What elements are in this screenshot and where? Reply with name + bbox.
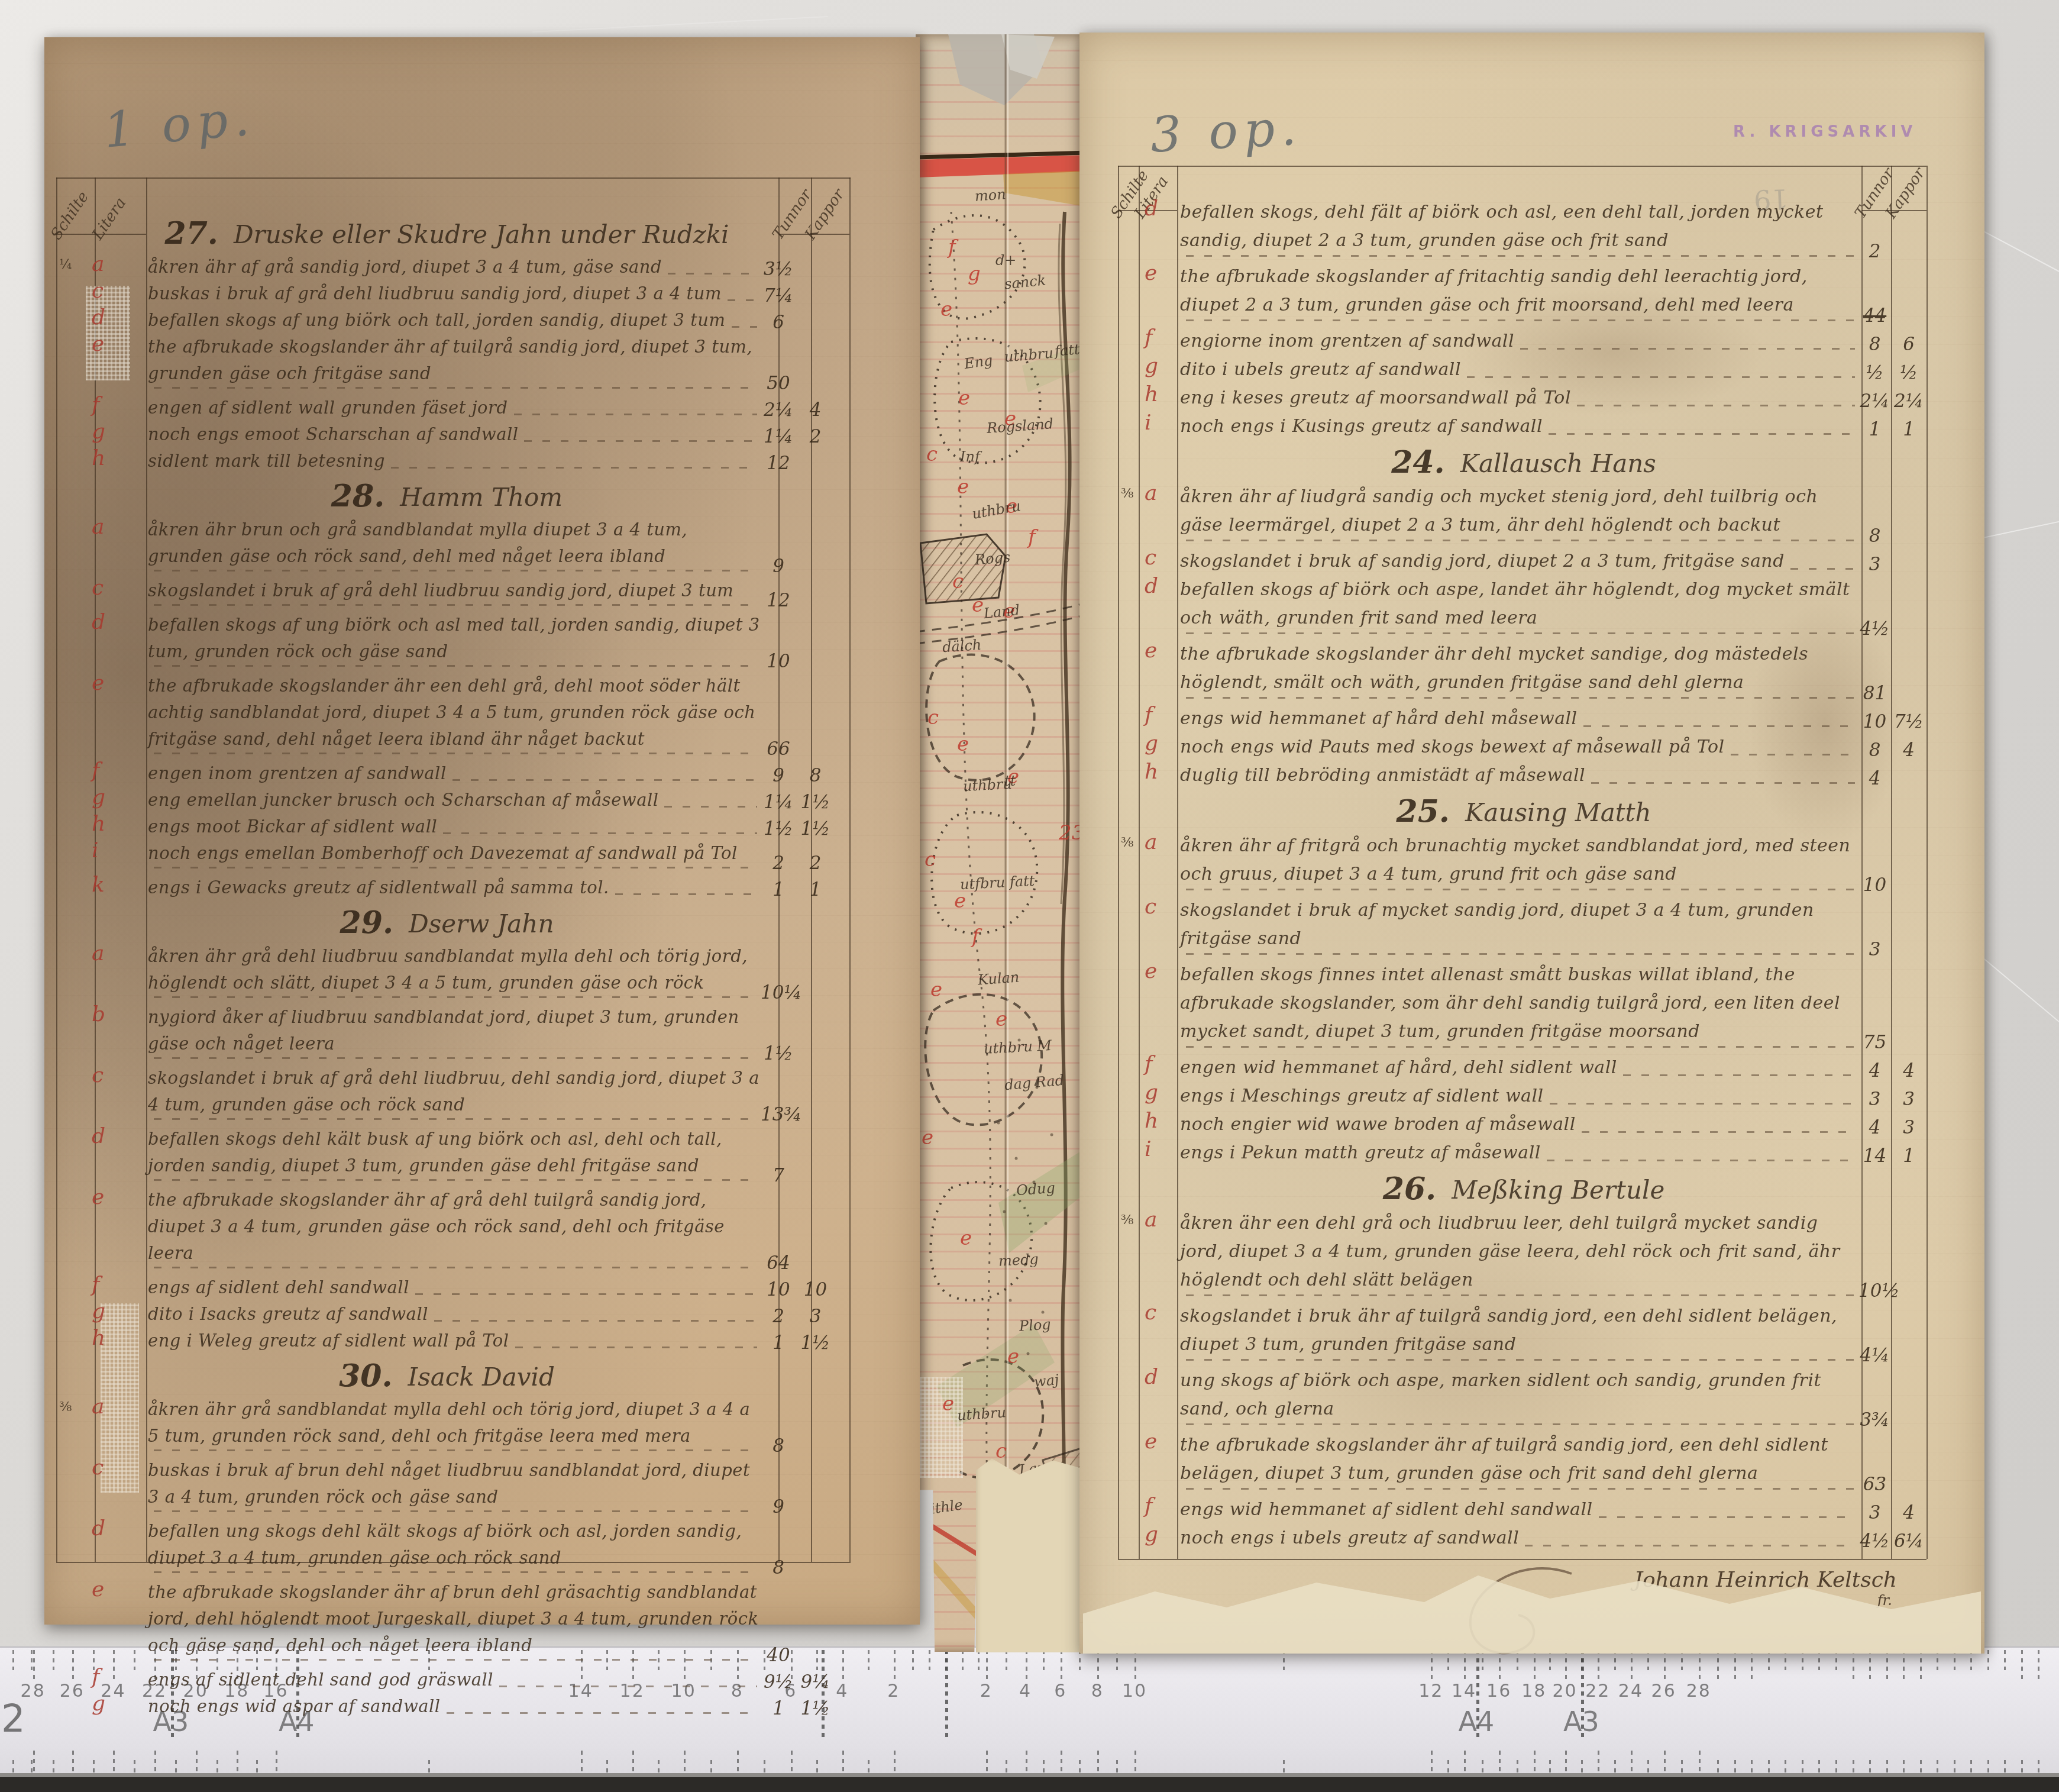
dotted-leader <box>1550 1103 1855 1105</box>
row-text-cell: åkren ähr grå sandblandat mylla dehl och… <box>148 1396 761 1457</box>
row-fraction <box>59 813 92 817</box>
table-row: hsidlent mark till betesning12 <box>59 448 835 474</box>
row-text: eng i keses greutz af moorsandwall på To… <box>1180 384 1571 412</box>
row-litera: f <box>1145 1496 1180 1517</box>
row-value-tunnor: 1 <box>761 1332 796 1354</box>
ruler-tick <box>894 1751 896 1775</box>
row-text: the afbrukade skogslander ähr af tuilgrå… <box>148 334 761 387</box>
map-red-letter: g <box>968 262 981 286</box>
map-red-letter: f <box>1028 525 1036 549</box>
map-place-label: Kulan <box>977 969 1020 989</box>
dotted-leader <box>154 1510 757 1512</box>
section-title: Isack David <box>408 1358 555 1394</box>
row-text-cell: the afbrukade skogslander ähr af tuilgrå… <box>1180 1431 1858 1496</box>
row-value-kappor: 3 <box>1891 1117 1927 1139</box>
row-text: eng i Weleg greutz af sidlent wall på To… <box>148 1328 509 1354</box>
row-value-tunnor: 7 <box>761 1165 796 1187</box>
dotted-leader <box>1623 1074 1855 1076</box>
row-text-cell: engs i Pekun matth greutz af måsewall <box>1180 1139 1858 1167</box>
row-value-kappor: 4 <box>1891 1060 1927 1082</box>
row-text: åkren ähr brun och grå sandblandat mylla… <box>148 516 761 570</box>
dotted-leader <box>728 299 757 301</box>
table-row: ethe afbrukade skogslander ähr af grå de… <box>59 1187 835 1274</box>
ruler-tick <box>1061 1751 1062 1775</box>
dotted-leader <box>1186 540 1855 541</box>
row-fraction <box>1121 384 1145 388</box>
row-litera: f <box>92 1667 148 1688</box>
dotted-leader <box>1186 1488 1855 1490</box>
row-text-cell: åkren ähr af liudgrå sandig och mycket s… <box>1180 483 1858 547</box>
ruler-tick <box>1699 1650 1701 1681</box>
map-place-label: Plog <box>1019 1316 1051 1335</box>
ruler-tick <box>237 1751 238 1775</box>
dotted-leader <box>1186 255 1855 257</box>
table-row: heng i Weleg greutz af sidlent wall på T… <box>59 1328 835 1354</box>
row-text-cell: nygiord åker af liudbruu sandblandat jor… <box>148 1004 761 1065</box>
row-fraction <box>59 1518 92 1522</box>
row-value-tunnor: 44 <box>1858 305 1891 327</box>
map-place-label: medg <box>998 1251 1039 1270</box>
row-fraction: ¼ <box>59 254 92 272</box>
row-text: dito i ubels greutz af sandwall <box>1180 356 1461 384</box>
row-fraction <box>59 1126 92 1129</box>
row-litera: g <box>92 1693 148 1714</box>
row-text-cell: skogslandet i bruk ähr af tuilgrå sandig… <box>1180 1302 1858 1367</box>
ruler-tick <box>1751 1650 1753 1681</box>
section-title: Meßking Bertule <box>1452 1171 1664 1207</box>
row-value-tunnor: 9 <box>761 556 796 577</box>
ruler-number: 12 <box>1418 1681 1443 1701</box>
map-red-letter: e <box>922 1126 933 1150</box>
ruler-tick <box>1026 1650 1027 1681</box>
ruler-tick <box>1853 1650 1854 1681</box>
row-text: skogslandet i bruk af sandig jord, diupe… <box>1180 547 1785 576</box>
backing-sheet <box>976 1452 1090 1652</box>
map-red-letter: e <box>957 475 969 499</box>
row-litera: d <box>92 1518 148 1539</box>
table-row: cskogslandet i bruk af grå dehl liudbruu… <box>59 1065 835 1126</box>
row-value-tunnor: 12 <box>761 590 796 612</box>
row-fraction <box>1121 1082 1145 1086</box>
row-litera: d <box>1145 576 1180 597</box>
section-heading: 24.Kallausch Hans <box>1121 444 1927 480</box>
row-text-cell: eng i Weleg greutz af sidlent wall på To… <box>148 1328 761 1354</box>
map-place-label: uthbru <box>956 1404 1007 1424</box>
manuscript-content: dbefallen skogs, dehl fält af biörk och … <box>1121 198 1927 1609</box>
row-fraction <box>1121 547 1145 551</box>
ruler-number: 20 <box>1552 1681 1577 1701</box>
row-value-kappor: 2 <box>796 426 835 448</box>
dotted-leader <box>1467 376 1855 378</box>
row-fraction <box>59 1065 92 1068</box>
row-litera: c <box>92 1457 148 1478</box>
row-text: åkren ähr grå dehl liudbruu sandblandat … <box>148 943 761 996</box>
ruler-tick <box>113 1751 115 1775</box>
ruler-tick <box>1534 1751 1536 1775</box>
table-row: gdito i ubels greutz af sandwall½½ <box>1121 356 1927 384</box>
ruler-tick <box>2004 1650 2006 1670</box>
row-value-tunnor: 2 <box>761 853 796 874</box>
section-number: 30. <box>339 1358 392 1394</box>
map-red-letter: e <box>995 1008 1007 1031</box>
ruler-number: 8 <box>1091 1681 1104 1701</box>
row-value-tunnor: 9½ <box>761 1671 796 1693</box>
row-text-cell: befallen skogs, dehl fält af biörk och a… <box>1180 198 1858 263</box>
ruler-tick <box>53 1650 54 1670</box>
dotted-leader <box>154 1057 757 1059</box>
dotted-leader <box>1186 1046 1855 1048</box>
section-title: Hamm Thom <box>400 478 563 514</box>
table-row: dbefallen skogs dehl kält busk af ung bi… <box>59 1126 835 1187</box>
row-value-tunnor: 4¼ <box>1858 1345 1891 1367</box>
row-text-cell: eng emellan juncker brusch och Scharscha… <box>148 787 761 813</box>
row-text: noch engs emoot Scharschan af sandwall <box>148 421 518 448</box>
row-text: engs moot Bickar af sidlent wall <box>148 813 437 840</box>
row-fraction <box>59 1667 92 1670</box>
table-top-line <box>56 177 851 179</box>
table-row: ethe afbrukade skogslander ähr af brun d… <box>59 1579 835 1667</box>
row-value-tunnor: 66 <box>761 738 796 760</box>
dotted-leader <box>499 1686 757 1687</box>
table-row: hnoch engier wid wawe broden af måsewall… <box>1121 1110 1927 1139</box>
ruler-tick <box>33 1751 35 1775</box>
row-value-tunnor: 3 <box>1858 1089 1891 1110</box>
row-text: noch engs i ubels greutz af sandwall <box>1180 1524 1519 1552</box>
table-row: fengen inom grentzen af sandwall98 <box>59 760 835 787</box>
dotted-leader <box>452 779 757 781</box>
section-number: 28. <box>331 478 384 514</box>
row-value-kappor: 1 <box>1891 419 1927 441</box>
dotted-leader <box>664 806 757 808</box>
row-litera: c <box>92 577 148 599</box>
row-text: befallen skogs finnes intet allenast små… <box>1180 961 1858 1046</box>
ruler-tick <box>929 1650 930 1670</box>
ruler-tick <box>684 1751 686 1775</box>
row-value-tunnor: 63 <box>1858 1474 1891 1496</box>
table-row: kengs i Gewacks greutz af sidlentwall på… <box>59 874 835 901</box>
row-text: duglig till bebröding anmistädt af måsew… <box>1180 761 1585 790</box>
row-text: the afbrukade skogslander ähr een dehl g… <box>148 673 761 753</box>
table-row: aåkren ähr brun och grå sandblandat myll… <box>59 516 835 577</box>
row-text-cell: the afbrukade skogslander ähr een dehl g… <box>148 673 761 760</box>
table-row: ethe afbrukade skogslander ähr een dehl … <box>59 673 835 760</box>
ruler-number: 26 <box>1651 1681 1676 1701</box>
ruler-tick <box>1903 1650 1905 1681</box>
row-fraction <box>1121 198 1145 202</box>
dotted-leader <box>1186 1359 1855 1361</box>
table-row: fengiorne inom grentzen af sandwall86 <box>1121 327 1927 356</box>
scan-bottom-strip <box>0 1777 2059 1792</box>
row-litera: g <box>92 421 148 443</box>
row-text: skogslandet i bruk af mycket sandig jord… <box>1180 896 1858 953</box>
section-heading: 25.Kausing Matth <box>1121 793 1927 829</box>
table-row: cskogslandet i bruk af sandig jord, diup… <box>1121 547 1927 576</box>
row-text-cell: noch engs wid Pauts med skogs bewext af … <box>1180 733 1858 761</box>
ruler-tick <box>1886 1650 1888 1681</box>
dotted-leader <box>1520 348 1855 350</box>
row-fraction <box>1121 733 1145 737</box>
row-litera: d <box>92 612 148 633</box>
map-strip: gefeeceefceecee23.cefeeeeeeccfamond+sanc… <box>916 34 1088 1652</box>
row-litera: c <box>1145 547 1180 569</box>
ruler-long-line <box>945 1650 948 1739</box>
ruler-tick <box>196 1751 198 1775</box>
row-litera: e <box>92 1187 148 1208</box>
section-title: Kallausch Hans <box>1460 444 1656 480</box>
ruler-format-label: A3 <box>1563 1706 1599 1738</box>
map-red-letter: c <box>925 848 936 871</box>
map-red-letter: f <box>972 925 980 948</box>
row-fraction <box>59 1328 92 1331</box>
row-fraction <box>1121 1302 1145 1306</box>
row-value-tunnor: 10 <box>761 1279 796 1301</box>
row-text: engs i Pekun matth greutz af måsewall <box>1180 1139 1541 1167</box>
table-row: iengs i Pekun matth greutz af måsewall14… <box>1121 1139 1927 1167</box>
map-place-label: waj <box>1033 1371 1060 1390</box>
row-fraction <box>1121 1367 1145 1370</box>
row-value-tunnor: 10½ <box>1858 1280 1891 1302</box>
map-red-letter: c <box>995 1439 1007 1463</box>
signature-name: Johann Heinrich Keltsch <box>1634 1568 1897 1592</box>
ruler-number: 24 <box>1618 1681 1643 1701</box>
row-fraction <box>59 334 92 337</box>
row-text-cell: noch engs i ubels greutz af sandwall <box>1180 1524 1858 1552</box>
row-value-tunnor: 14 <box>1858 1145 1891 1167</box>
row-litera: c <box>92 1065 148 1086</box>
ruler-tick <box>1061 1650 1062 1681</box>
table-row: cskogslandet i bruk ähr af tuilgrå sandi… <box>1121 1302 1927 1367</box>
row-fraction <box>1121 412 1145 416</box>
row-text-cell: the afbrukade skogslander ähr dehl mycke… <box>1180 640 1858 705</box>
row-value-tunnor: 4 <box>1858 768 1891 790</box>
table-row: cskogslandet i bruk af mycket sandig jor… <box>1121 896 1927 961</box>
row-text: engs wid hemmanet af hård dehl måsewall <box>1180 705 1578 733</box>
table-row: fengs wid hemmanet af hård dehl måsewall… <box>1121 705 1927 733</box>
dotted-leader <box>154 1179 757 1181</box>
table-row: gdito i Isacks greutz af sandwall23 <box>59 1301 835 1328</box>
row-litera: g <box>1145 356 1180 377</box>
ruler-tick <box>1043 1650 1045 1670</box>
row-value-tunnor: 81 <box>1858 683 1891 705</box>
dotted-leader <box>1583 725 1855 727</box>
manuscript-page-left: 1 op. Schilte Litera Tunnor Kappor 27.Dr… <box>44 37 920 1625</box>
row-value-kappor: 4 <box>1891 740 1927 761</box>
table-row: fengs af sidlent dehl sandwall1010 <box>59 1274 835 1301</box>
dotted-leader <box>1599 1516 1855 1518</box>
dotted-leader <box>1186 889 1855 890</box>
table-row: bnygiord åker af liudbruu sandblandat jo… <box>59 1004 835 1065</box>
row-text: åkren ähr grå sandblandat mylla dehl och… <box>148 1396 761 1449</box>
row-text: engen wid hemmanet af hård, dehl sidlent… <box>1180 1054 1617 1082</box>
row-value-tunnor: 3¾ <box>1858 1409 1891 1431</box>
row-value-tunnor: 10¼ <box>761 982 796 1004</box>
row-text-cell: engs i Meschings greutz af sidlent wall <box>1180 1082 1858 1110</box>
row-text-cell: sidlent mark till betesning <box>148 448 761 474</box>
ruler-tick <box>868 1650 870 1670</box>
row-fraction <box>59 1457 92 1461</box>
row-fraction <box>59 395 92 398</box>
section-number: 29. <box>340 905 393 941</box>
row-litera: e <box>92 334 148 355</box>
dotted-leader <box>515 1347 757 1348</box>
row-value-kappor: 8 <box>796 765 835 787</box>
dotted-leader <box>154 1571 757 1573</box>
row-text: engs wid hemmanet af sidlent dehl sandwa… <box>1180 1496 1593 1524</box>
row-litera: i <box>1145 412 1180 434</box>
row-text: engen inom grentzen af sandwall <box>148 760 447 787</box>
row-value-tunnor: 8 <box>1858 740 1891 761</box>
pencil-note-right: 3 op. <box>1149 99 1304 163</box>
table-row: hduglig till bebröding anmistädt af måse… <box>1121 761 1927 790</box>
table-row: dbefallen skogs af biörk och aspe, lande… <box>1121 576 1927 640</box>
scanned-archive-sheet: 2 28262422201816141210864224681012141618… <box>0 0 2059 1792</box>
ruler-edge-number: 2 <box>1 1697 25 1741</box>
row-text: eng emellan juncker brusch och Scharscha… <box>148 787 658 813</box>
row-litera: d <box>92 307 148 328</box>
row-fraction <box>59 1274 92 1278</box>
row-text-cell: noch engs wid aspar af sandwall <box>148 1693 761 1720</box>
ruler-tick <box>276 1751 277 1775</box>
row-text-cell: noch engs emellan Bomberhoff och Davezem… <box>148 840 761 874</box>
row-value-kappor: 6¼ <box>1891 1531 1927 1552</box>
row-fraction: ⅜ <box>1121 1209 1145 1228</box>
section-title: Dserw Jahn <box>409 905 554 941</box>
table-row: gnoch engs i ubels greutz af sandwall4½6… <box>1121 1524 1927 1552</box>
ruler-tick <box>72 1751 74 1775</box>
row-value-tunnor: 1 <box>1858 419 1891 441</box>
map-place-label: Odug <box>1016 1180 1056 1199</box>
ruler-tick <box>154 1751 156 1775</box>
ruler-tick <box>1431 1650 1433 1681</box>
table-top-line <box>1118 166 1927 167</box>
row-fraction <box>59 760 92 764</box>
section-number: 24. <box>1391 444 1444 480</box>
row-value-tunnor: 2¼ <box>761 399 796 421</box>
row-fraction <box>1121 356 1145 359</box>
row-fraction <box>59 874 92 878</box>
dotted-leader <box>1591 782 1855 784</box>
row-value-tunnor: 13¾ <box>761 1104 796 1126</box>
row-text-cell: engs moot Bickar af sidlent wall <box>148 813 761 840</box>
map-red-letter: c <box>952 570 964 593</box>
map-red-letter: e <box>972 593 984 617</box>
dotted-leader <box>443 832 757 834</box>
ruler-tick <box>1565 1751 1567 1775</box>
table-row: ⅜aåkren ähr een dehl grå och liudbruu le… <box>1121 1209 1927 1302</box>
row-text-cell: befallen skogs af ung biörk och tall, jo… <box>148 307 761 334</box>
row-text: ung skogs af biörk och aspe, marken sidl… <box>1180 1367 1858 1423</box>
ruler-tick <box>737 1751 739 1775</box>
table-row: ⅜aåkren ähr af liudgrå sandig och mycket… <box>1121 483 1927 547</box>
row-value-kappor: 4 <box>1891 1502 1927 1524</box>
dotted-leader <box>1731 754 1855 755</box>
row-text-cell: befallen skogs dehl kält busk af ung biö… <box>148 1126 761 1187</box>
row-text-cell: the afbrukade skogslander ähr af tuilgrå… <box>148 334 761 395</box>
row-text-cell: the afbrukade skogslander ähr af grå deh… <box>148 1187 761 1274</box>
row-value-tunnor: 2¼ <box>1858 390 1891 412</box>
row-litera: g <box>92 1301 148 1322</box>
row-text-cell: engs wid hemmanet af hård dehl måsewall <box>1180 705 1858 733</box>
row-fraction <box>1121 761 1145 765</box>
row-value-tunnor: 40 <box>761 1645 796 1667</box>
row-text-cell: skogslandet i bruk af grå dehl liudbruu … <box>148 577 761 612</box>
row-litera: g <box>1145 1524 1180 1545</box>
row-text-cell: skogslandet i bruk af grå dehl liudbruu,… <box>148 1065 761 1126</box>
row-text-cell: befallen skogs af ung biörk och asl med … <box>148 612 761 673</box>
row-text-cell: noch engier wid wawe broden af måsewall <box>1180 1110 1858 1139</box>
map-red-letter: e <box>940 298 952 321</box>
row-text-cell: åkren ähr brun och grå sandblandat mylla… <box>148 516 761 577</box>
ruler-tick <box>1734 1650 1736 1681</box>
row-fraction <box>59 840 92 844</box>
row-fraction <box>1121 327 1145 331</box>
row-text: skogslandet i bruk ähr af tuilgrå sandig… <box>1180 1302 1858 1359</box>
dotted-leader <box>154 1659 757 1661</box>
row-value-kappor: 1½ <box>796 1332 835 1354</box>
dotted-leader <box>434 1320 757 1322</box>
row-text: befallen skogs af ung biörk och asl med … <box>148 612 761 665</box>
map-red-letter: e <box>930 978 942 1002</box>
row-litera: f <box>92 760 148 782</box>
row-litera: a <box>92 943 148 964</box>
dotted-leader <box>391 467 757 469</box>
row-litera: e <box>1145 961 1180 982</box>
map-red-letter: e <box>958 386 970 410</box>
ruler-tick <box>894 1650 896 1681</box>
row-value-tunnor: 64 <box>761 1252 796 1274</box>
row-value-tunnor: 75 <box>1858 1032 1891 1054</box>
map-red-letter: e <box>942 1392 954 1416</box>
section-number: 26. <box>1383 1171 1436 1207</box>
dotted-leader <box>1186 1423 1855 1425</box>
table-vline <box>56 177 57 1562</box>
row-value-kappor: 1½ <box>796 1698 835 1720</box>
row-value-tunnor: 8 <box>761 1557 796 1579</box>
section-heading: 30.Isack David <box>59 1358 835 1394</box>
row-litera: e <box>1145 640 1180 661</box>
row-text: åkren ähr af fritgrå och brunachtig myck… <box>1180 832 1858 889</box>
row-text-cell: åkren ähr af fritgrå och brunachtig myck… <box>1180 832 1858 896</box>
row-text-cell: dito i ubels greutz af sandwall <box>1180 356 1858 384</box>
row-value-tunnor: 50 <box>761 373 796 395</box>
ruler-tick <box>791 1751 793 1775</box>
table-row: fengen af sidlent wall grunden fäset jor… <box>59 395 835 421</box>
ruler-tick <box>1598 1751 1599 1775</box>
dotted-leader <box>447 1712 757 1714</box>
row-text-cell: åkren ähr grå dehl liudbruu sandblandat … <box>148 943 761 1004</box>
row-litera: h <box>1145 761 1180 783</box>
map-place-label: d+ <box>995 252 1016 269</box>
ruler-tick <box>632 1751 634 1775</box>
row-text: the afbrukade skogslander af fritachtig … <box>1180 263 1858 319</box>
ruler-tick <box>31 1650 33 1670</box>
row-value-tunnor: 6 <box>761 312 796 334</box>
row-fraction <box>59 1693 92 1697</box>
ruler-tick <box>842 1650 844 1681</box>
row-fraction <box>1121 896 1145 900</box>
ruler-format-label: A4 <box>1459 1706 1495 1738</box>
row-text-cell: befallen skogs finnes intet allenast små… <box>1180 961 1858 1054</box>
pencil-note-left: 1 op. <box>101 90 257 159</box>
row-text: buskas i bruk af grå dehl liudbruu sandi… <box>148 280 722 307</box>
ruler-number: 4 <box>1019 1681 1032 1701</box>
map-place-label: dälch <box>942 637 982 656</box>
row-text-cell: engs af sidlent dehl sand god gräswall <box>148 1667 761 1693</box>
dotted-leader <box>1577 405 1855 406</box>
row-text: engs af sidlent dehl sandwall <box>148 1274 409 1301</box>
table-row: aåkren ähr grå dehl liudbruu sandblandat… <box>59 943 835 1004</box>
row-text-cell: befallen ung skogs dehl kält skogs af bi… <box>148 1518 761 1579</box>
